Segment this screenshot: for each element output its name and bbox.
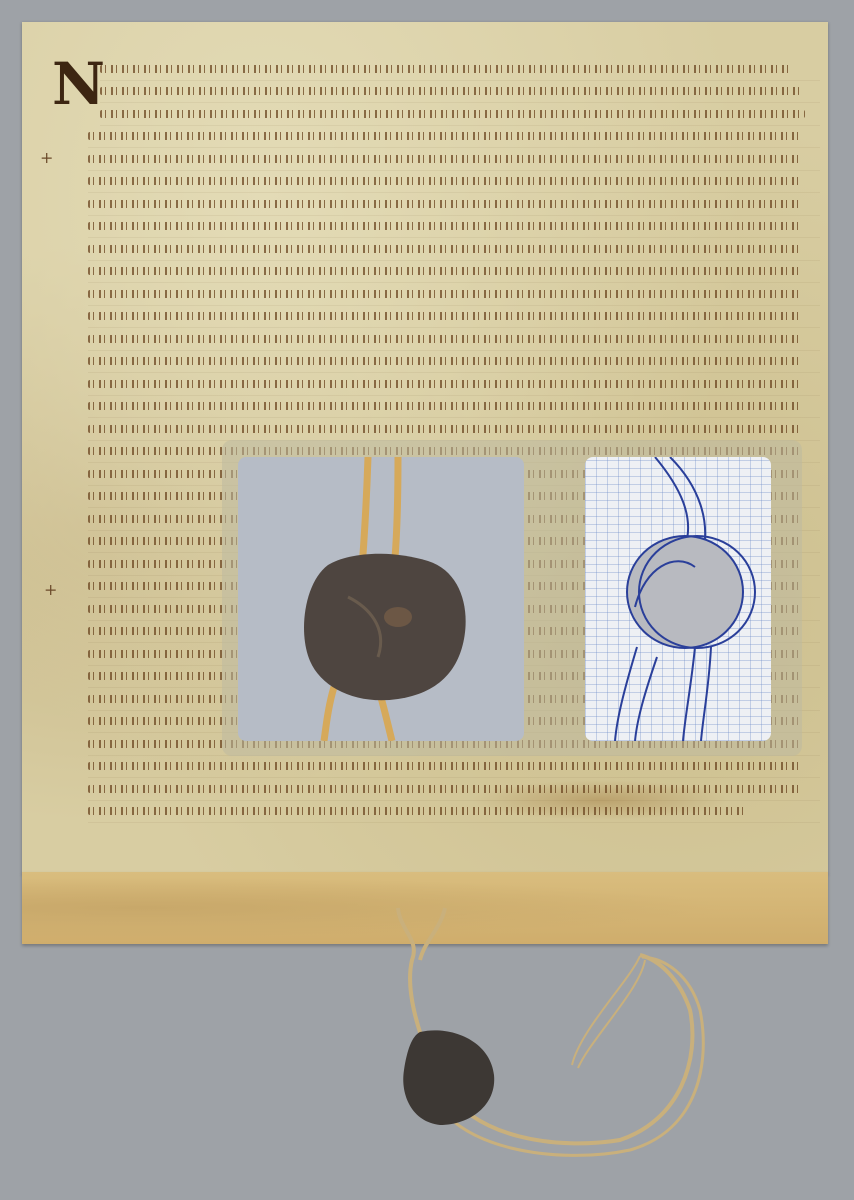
hanging-seal-and-cord <box>0 0 854 1200</box>
wax-seal <box>403 1030 494 1125</box>
